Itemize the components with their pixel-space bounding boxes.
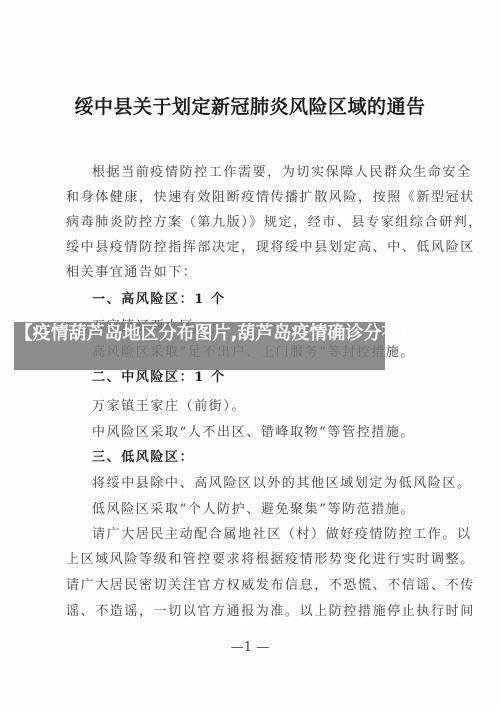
paragraph-line: 根据当前疫情防控工作需要，为切实保障人民群众生命安全	[92, 161, 472, 180]
section-heading-low-risk: 三、低风险区：	[92, 446, 194, 465]
paragraph-line: 上区域风险等级和管控要求将根据疫情形势变化进行实时调整。	[66, 548, 475, 567]
paragraph-line: 请广大居民主动配合属地社区（村）做好疫情防控工作。以	[92, 523, 472, 542]
page-number: —1 —	[0, 640, 500, 655]
paragraph-line: 低风险区采取“个人防护、避免聚集”等防范措施。	[92, 498, 415, 517]
caption-overlay-text: 【疫情葫芦岛地区分布图片,葫芦岛疫情确诊分布】	[14, 322, 418, 346]
paragraph-line: 相关事宜通告如下：	[66, 261, 197, 280]
paragraph-line: 请广大居民密切关注官方权威发布信息，不恐慌、不信谣、不传	[66, 574, 475, 593]
paragraph-line: 万家镇王家庄（前街）。	[92, 395, 246, 414]
paragraph-line: 和身体健康，快速有效阻断疫情传播扩散风险，按照《新型冠状	[66, 186, 475, 205]
paragraph-line: 谣、不造谣，一切以官方通报为准。以上防控措施停止执行时间	[66, 600, 475, 619]
document-title: 绥中县关于划定新冠肺炎风险区域的通告	[0, 92, 500, 119]
paragraph-line: 将绥中县除中、高风险区以外的其他区域划定为低风险区。	[92, 472, 472, 491]
paragraph-line: 中风险区采取“人不出区、错峰取物”等管控措施。	[92, 421, 415, 440]
paragraph-line: 病毒肺炎防控方案（第九版）》规定，经市、县专家组综合研判，	[66, 211, 483, 230]
paragraph-line: 绥中县疫情防控指挥部决定，现将绥中县划定高、中、低风险区	[66, 236, 475, 255]
section-heading-high-risk: 一、高风险区：1 个	[92, 288, 226, 307]
